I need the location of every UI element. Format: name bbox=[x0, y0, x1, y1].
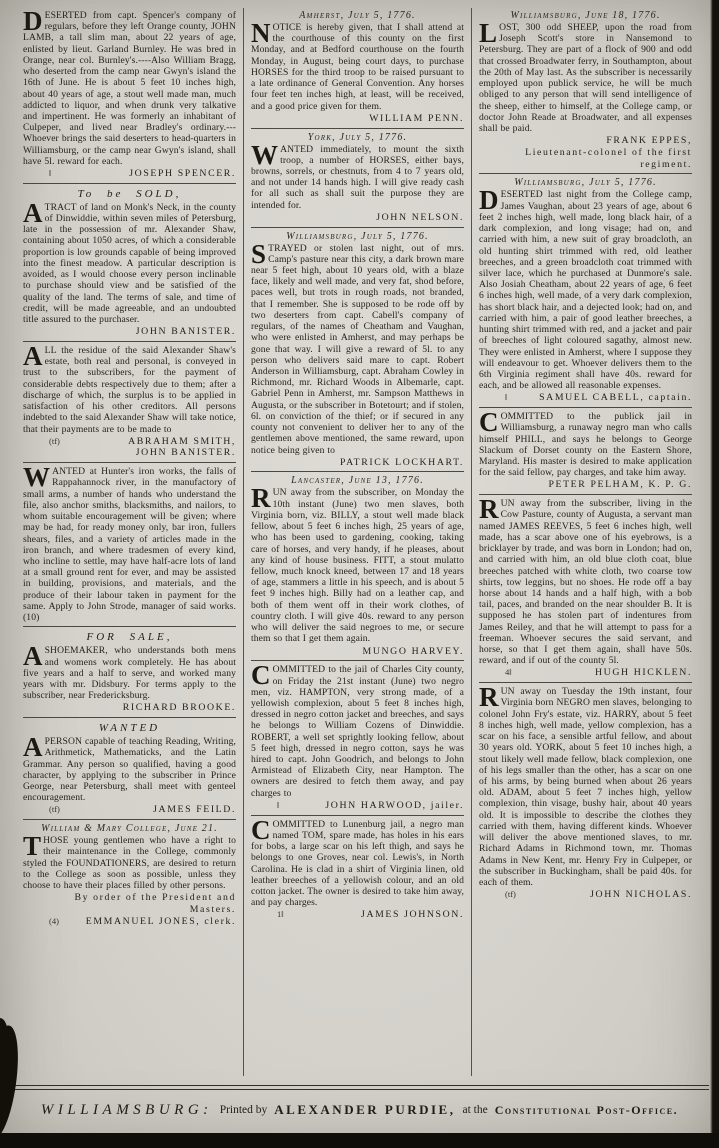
signature-line: JOHN BANISTER. bbox=[23, 447, 236, 459]
ad-body-text: ANTED immediately, to mount the sixth tr… bbox=[251, 144, 464, 211]
ad-initial: A bbox=[23, 645, 45, 667]
ad-dateline: Amherst, July 5, 1776. bbox=[251, 10, 464, 21]
ad: COMMITTED to the publick jail in William… bbox=[479, 407, 692, 491]
ad-body: STRAYED or stolen last night, out of mrs… bbox=[251, 243, 464, 456]
signature-name: JAMES FEILD. bbox=[60, 804, 236, 816]
ad-body-text: OMMITTED to Lunenburg jail, a negro man … bbox=[251, 819, 464, 909]
ad: ALL the residue of the said Alexander Sh… bbox=[23, 341, 236, 459]
ad-body-text: UN away from the subscriber, on Monday t… bbox=[251, 487, 464, 644]
ad: COMMITTED to Lunenburg jail, a negro man… bbox=[251, 815, 464, 922]
signature-name: JOHN NICHOLAS. bbox=[516, 889, 692, 901]
ad-body: RUN away from the subscriber, living in … bbox=[479, 498, 692, 666]
signature-line: (tf)JAMES FEILD. bbox=[23, 804, 236, 816]
column-3: Williamsburg, June 18, 1776. LOST, 300 o… bbox=[471, 8, 699, 1076]
signature-line: ‖SAMUEL CABELL, captain. bbox=[479, 392, 692, 404]
signature-name: HUGH HICKLEN. bbox=[512, 667, 692, 679]
ad-body: NOTICE is hereby given, that I shall att… bbox=[251, 22, 464, 112]
ad-body: DESERTED from capt. Spencer's company of… bbox=[23, 10, 236, 167]
ad: FOR SALE, ASHOEMAKER, who understands bo… bbox=[23, 626, 236, 714]
ad-initial: C bbox=[251, 664, 273, 686]
ad-initial: A bbox=[23, 202, 45, 224]
ad-signatures: 1‖JAMES JOHNSON. bbox=[251, 909, 464, 921]
ad-signatures: By order of the President and Masters.(4… bbox=[23, 892, 236, 927]
signature-name: JOHN BANISTER. bbox=[49, 447, 236, 459]
ad-signatures: (tf)JOHN NICHOLAS. bbox=[479, 889, 692, 901]
ad-body: COMMITTED to the jail of Charles City co… bbox=[251, 664, 464, 799]
scan-artifact-right-edge bbox=[710, 0, 719, 1148]
ad-body-text: TRACT of land on Monk's Neck, in the cou… bbox=[23, 202, 236, 325]
signature-line: JOHN NELSON. bbox=[251, 212, 464, 224]
ad: RUN away on Tuesday the 19th instant, fo… bbox=[479, 682, 692, 901]
ad-dateline: Williamsburg, July 5, 1776. bbox=[479, 177, 692, 188]
ad-body: COMMITTED to Lunenburg jail, a negro man… bbox=[251, 819, 464, 909]
signature-name: RICHARD BROOKE. bbox=[49, 702, 236, 714]
signature-name: By order of the President and Masters. bbox=[49, 892, 236, 916]
ad-signatures: WILLIAM PENN. bbox=[251, 113, 464, 125]
signature-name: EMMANUEL JONES, clerk. bbox=[59, 916, 236, 928]
ad-body-text: TRAYED or stolen last night, out of mrs.… bbox=[251, 243, 464, 456]
ad-initial: R bbox=[479, 686, 501, 708]
signature-line: RICHARD BROOKE. bbox=[23, 702, 236, 714]
signature-line: PATRICK LOCKHART. bbox=[251, 457, 464, 469]
ad: To be SOLD, ATRACT of land on Monk's Nec… bbox=[23, 183, 236, 338]
ad-body-text: UN away on Tuesday the 19th instant, fou… bbox=[479, 686, 692, 888]
ad-dateline: Williamsburg, June 18, 1776. bbox=[479, 10, 692, 21]
signature-line: Lieutenant-colonel of the first regiment… bbox=[479, 147, 692, 171]
ad-body-text: UN away from the subscriber, living in t… bbox=[479, 498, 692, 666]
ad-dateline: York, July 5, 1776. bbox=[251, 132, 464, 143]
ad-initial: W bbox=[251, 144, 280, 166]
imprint-printer: ALEXANDER PURDIE, bbox=[274, 1102, 455, 1118]
ad-signatures: ‖JOSEPH SPENCER. bbox=[23, 168, 236, 180]
ad-dateline: William & Mary College, June 21. bbox=[23, 823, 236, 834]
ad: WANTED APERSON capable of teaching Readi… bbox=[23, 717, 236, 816]
signature-name: FRANK EPPES, bbox=[505, 135, 692, 147]
ad-body-text: OTICE is hereby given, that I shall atte… bbox=[251, 22, 464, 112]
signature-name: ABRAHAM SMITH, bbox=[60, 436, 236, 448]
ad-initial: S bbox=[251, 243, 268, 265]
ad-body: DESERTED last night from the College cam… bbox=[479, 189, 692, 391]
signature-name: MUNGO HARVEY. bbox=[277, 646, 464, 658]
ad-initial: D bbox=[479, 189, 501, 211]
ad-body: ALL the residue of the said Alexander Sh… bbox=[23, 345, 236, 435]
signature-name: JOSEPH SPENCER. bbox=[51, 168, 236, 180]
ad-initial: C bbox=[479, 411, 501, 433]
column-1: DESERTED from capt. Spencer's company of… bbox=[16, 8, 243, 1076]
ad-initial: A bbox=[23, 736, 45, 758]
ad: DESERTED from capt. Spencer's company of… bbox=[23, 10, 236, 180]
signature-name: WILLIAM PENN. bbox=[277, 113, 464, 125]
ad: Williamsburg, July 5, 1776. STRAYED or s… bbox=[251, 227, 464, 469]
ad-signatures: JOHN BANISTER. bbox=[23, 326, 236, 338]
signature-mark: (tf) bbox=[23, 804, 60, 814]
signature-mark: 1‖ bbox=[251, 909, 284, 919]
signature-line: 1‖JAMES JOHNSON. bbox=[251, 909, 464, 921]
ad-signatures: JOHN NELSON. bbox=[251, 212, 464, 224]
signature-name: Lieutenant-colonel of the first regiment… bbox=[505, 147, 692, 171]
ad-body-text: ANTED at Hunter's iron works, the falls … bbox=[23, 466, 236, 623]
ad-heading: FOR SALE, bbox=[23, 631, 236, 643]
newspaper-page: DESERTED from capt. Spencer's company of… bbox=[0, 0, 719, 1148]
ad-body: COMMITTED to the publick jail in William… bbox=[479, 411, 692, 478]
ad-initial: R bbox=[479, 498, 501, 520]
ad-body-text: OMMITTED to the jail of Charles City cou… bbox=[251, 664, 464, 798]
ad-initial: N bbox=[251, 22, 273, 44]
signature-line: JOHN BANISTER. bbox=[23, 326, 236, 338]
imprint-office: Constitutional Post-Office. bbox=[495, 1103, 678, 1118]
ad-heading: WANTED bbox=[23, 722, 236, 734]
ad-body: LOST, 300 odd SHEEP, upon the road from … bbox=[479, 22, 692, 134]
ad: Williamsburg, July 5, 1776. DESERTED las… bbox=[479, 173, 692, 404]
ad-signatures: (tf)JAMES FEILD. bbox=[23, 804, 236, 816]
ad-body-text: SHOEMAKER, who understands both mens and… bbox=[23, 645, 236, 701]
ad-initial: A bbox=[23, 345, 45, 367]
signature-mark: (tf) bbox=[479, 889, 516, 899]
ad-body-text: ESERTED from capt. Spencer's company of … bbox=[23, 10, 236, 167]
ad: Lancaster, June 13, 1776. RUN away from … bbox=[251, 471, 464, 657]
ad-signatures: PETER PELHAM, K. P. G. bbox=[479, 479, 692, 491]
imprint-line: WILLIAMSBURG: Printed by ALEXANDER PURDI… bbox=[14, 1096, 705, 1124]
ad-heading: To be SOLD, bbox=[23, 188, 236, 200]
ad-body: WANTED immediately, to mount the sixth t… bbox=[251, 144, 464, 211]
signature-name: JOHN BANISTER. bbox=[49, 326, 236, 338]
ad-signatures: (tf)ABRAHAM SMITH,JOHN BANISTER. bbox=[23, 436, 236, 460]
ad-dateline: Williamsburg, July 5, 1776. bbox=[251, 231, 464, 242]
scan-artifact-bottom-edge bbox=[0, 1133, 719, 1148]
signature-name: JAMES JOHNSON. bbox=[284, 909, 464, 921]
column-2: Amherst, July 5, 1776. NOTICE is hereby … bbox=[243, 8, 471, 1076]
ad-initial: R bbox=[251, 487, 273, 509]
signature-name: PATRICK LOCKHART. bbox=[277, 457, 464, 469]
signature-line: By order of the President and Masters. bbox=[23, 892, 236, 916]
ad-signatures: ‖JOHN HARWOOD, jailer. bbox=[251, 800, 464, 812]
ad-initial: L bbox=[479, 22, 499, 44]
signature-line: WILLIAM PENN. bbox=[251, 113, 464, 125]
signature-line: FRANK EPPES, bbox=[479, 135, 692, 147]
ad-dateline: Lancaster, June 13, 1776. bbox=[251, 475, 464, 486]
ad-body-text: ESERTED last night from the College camp… bbox=[479, 189, 692, 391]
signature-line: (tf)JOHN NICHOLAS. bbox=[479, 889, 692, 901]
ad-body-text: LL the residue of the said Alexander Sha… bbox=[23, 345, 236, 435]
imprint-double-rule bbox=[10, 1085, 709, 1090]
ad: Williamsburg, June 18, 1776. LOST, 300 o… bbox=[479, 10, 692, 170]
ad-initial: C bbox=[251, 819, 273, 841]
ad-signatures: MUNGO HARVEY. bbox=[251, 646, 464, 658]
signature-line: (tf)ABRAHAM SMITH, bbox=[23, 436, 236, 448]
ad-body-text: OMMITTED to the publick jail in Williams… bbox=[479, 411, 692, 478]
signature-name: PETER PELHAM, K. P. G. bbox=[505, 479, 692, 491]
ad: COMMITTED to the jail of Charles City co… bbox=[251, 660, 464, 811]
ad-signatures: PATRICK LOCKHART. bbox=[251, 457, 464, 469]
ad-body-text: OST, 300 odd SHEEP, upon the road from J… bbox=[479, 22, 692, 134]
signature-mark: ‖ bbox=[479, 392, 507, 402]
ad-signatures: FRANK EPPES,Lieutenant-colonel of the fi… bbox=[479, 135, 692, 170]
ad-body-text: PERSON capable of teaching Reading, Writ… bbox=[23, 736, 236, 803]
imprint-at-the: at the bbox=[462, 1104, 487, 1116]
ad: York, July 5, 1776. WANTED immediately, … bbox=[251, 128, 464, 224]
ad-body: RUN away on Tuesday the 19th instant, fo… bbox=[479, 686, 692, 888]
signature-name: JOHN NELSON. bbox=[277, 212, 464, 224]
ad: RUN away from the subscriber, living in … bbox=[479, 494, 692, 679]
signature-mark: ‖ bbox=[23, 168, 51, 178]
ad-signatures: 4‖HUGH HICKLEN. bbox=[479, 667, 692, 679]
ad-initial: D bbox=[23, 10, 45, 32]
signature-line: (4)EMMANUEL JONES, clerk. bbox=[23, 916, 236, 928]
ad-initial: T bbox=[23, 835, 43, 857]
ad-signatures: ‖SAMUEL CABELL, captain. bbox=[479, 392, 692, 404]
signature-name: JOHN HARWOOD, jailer. bbox=[279, 800, 464, 812]
columns-container: DESERTED from capt. Spencer's company of… bbox=[16, 8, 699, 1076]
signature-mark: (4) bbox=[23, 916, 59, 926]
imprint-printed-by: Printed by bbox=[220, 1104, 268, 1116]
ad-signatures: RICHARD BROOKE. bbox=[23, 702, 236, 714]
ad: Amherst, July 5, 1776. NOTICE is hereby … bbox=[251, 10, 464, 125]
ad-body: THOSE young gentlemen who have a right t… bbox=[23, 835, 236, 891]
ad-body: APERSON capable of teaching Reading, Wri… bbox=[23, 736, 236, 803]
signature-line: ‖JOHN HARWOOD, jailer. bbox=[251, 800, 464, 812]
signature-line: ‖JOSEPH SPENCER. bbox=[23, 168, 236, 180]
ad-body: WANTED at Hunter's iron works, the falls… bbox=[23, 466, 236, 623]
ad-body-text: HOSE young gentlemen who have a right to… bbox=[23, 835, 236, 891]
signature-line: 4‖HUGH HICKLEN. bbox=[479, 667, 692, 679]
ad-initial: W bbox=[23, 466, 52, 488]
ad-body: ASHOEMAKER, who understands both mens an… bbox=[23, 645, 236, 701]
ad: William & Mary College, June 21. THOSE y… bbox=[23, 819, 236, 927]
ad-body: RUN away from the subscriber, on Monday … bbox=[251, 487, 464, 644]
signature-name: SAMUEL CABELL, captain. bbox=[507, 392, 692, 404]
signature-mark: 4‖ bbox=[479, 667, 512, 677]
signature-mark: ‖ bbox=[251, 800, 279, 810]
ad: WANTED at Hunter's iron works, the falls… bbox=[23, 462, 236, 623]
signature-mark: (tf) bbox=[23, 436, 60, 446]
signature-line: MUNGO HARVEY. bbox=[251, 646, 464, 658]
signature-line: PETER PELHAM, K. P. G. bbox=[479, 479, 692, 491]
ad-body: ATRACT of land on Monk's Neck, in the co… bbox=[23, 202, 236, 325]
imprint-city: WILLIAMSBURG: bbox=[41, 1102, 213, 1119]
